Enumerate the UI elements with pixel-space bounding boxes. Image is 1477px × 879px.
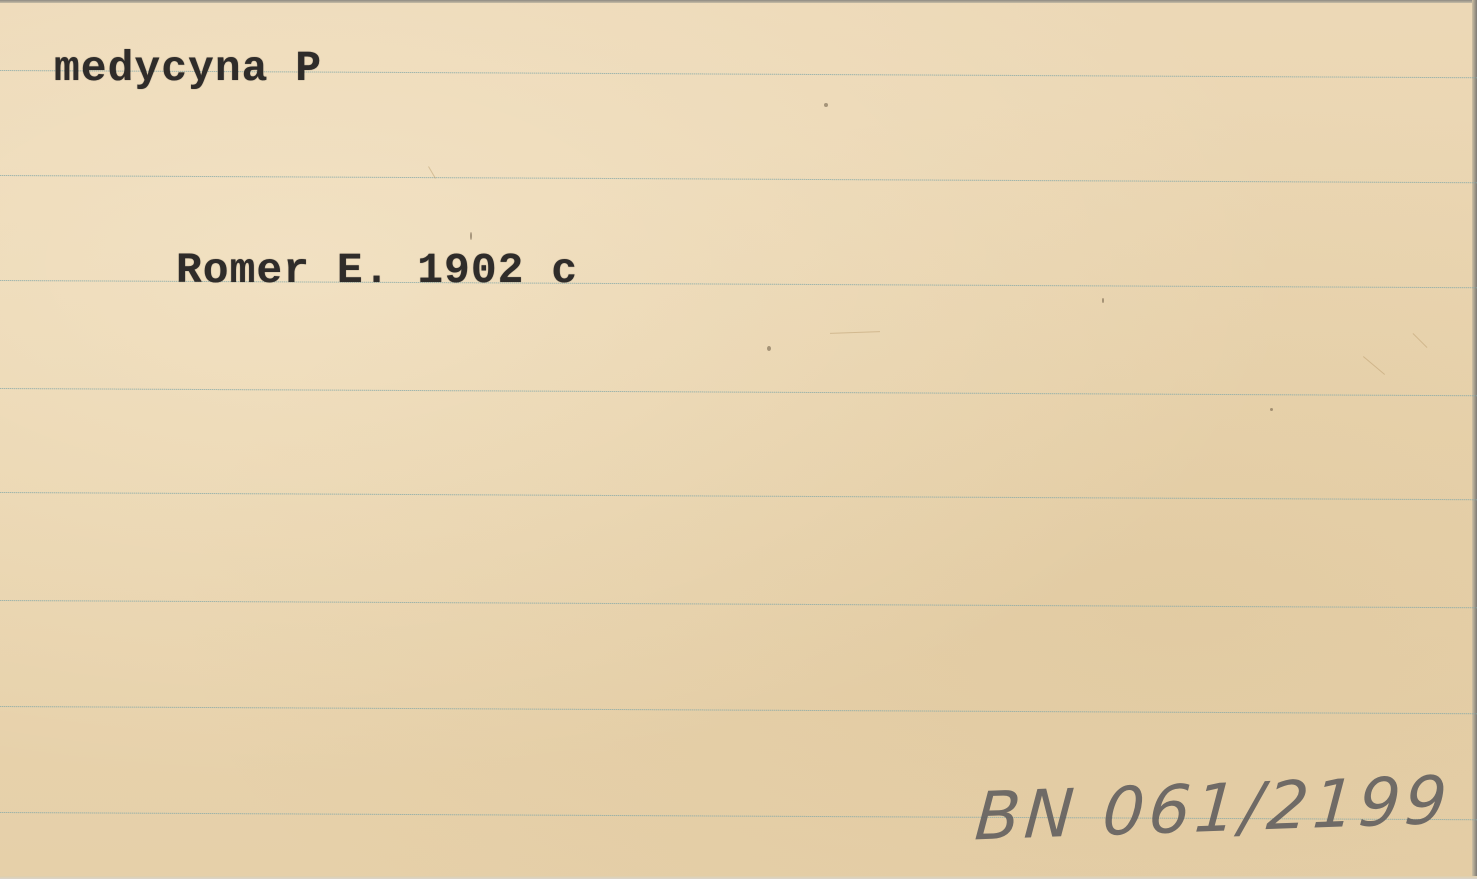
catalog-entry: Romer E. 1902 c [176,246,578,295]
handwritten-shelfmark: BN 061/2199 [972,762,1453,856]
paper-fiber [1413,333,1428,348]
card-top-edge [0,0,1477,3]
paper-speck [767,346,771,351]
ruled-line [0,388,1477,396]
paper-speck [470,232,472,240]
ruled-line [0,706,1477,714]
subject-heading: medycyna P [54,44,322,93]
ruled-line [0,175,1477,183]
card-right-edge [1472,0,1477,879]
catalog-card: medycyna P Romer E. 1902 c BN 061/2199 [0,0,1477,879]
paper-speck [1270,408,1273,411]
paper-fiber [830,331,880,334]
ruled-line [0,492,1477,500]
ruled-line [0,600,1477,608]
paper-speck [1102,298,1104,303]
paper-speck [824,103,828,107]
paper-fiber [1363,356,1385,375]
